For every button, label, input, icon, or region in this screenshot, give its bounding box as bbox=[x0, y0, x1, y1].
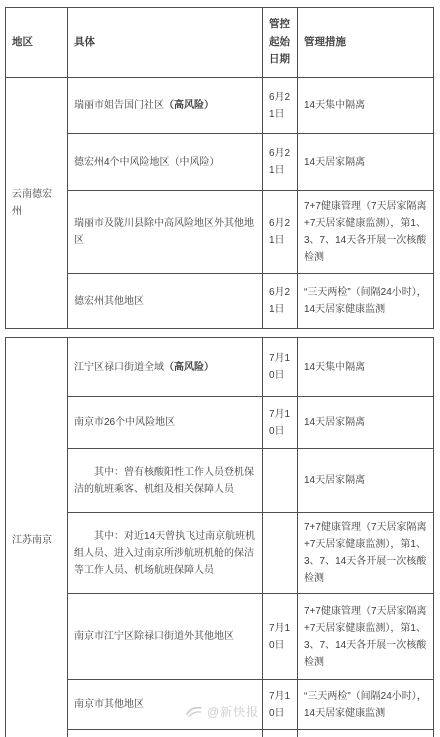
measure-cell: 14天居家隔离 bbox=[298, 134, 434, 191]
table-row: 南京市26个中风险地区 7月10日 14天居家隔离 bbox=[6, 397, 434, 449]
specific-text: 南京市其他地区 bbox=[74, 699, 144, 710]
specific-cell: 南京市其他地区 bbox=[68, 680, 263, 730]
specific-cell: 德宏州4个中风险地区（中风险） bbox=[68, 134, 263, 191]
date-cell: 6月21日 bbox=[263, 78, 298, 134]
specific-cell: 瑞丽市姐告国门社区（高风险） bbox=[68, 78, 263, 134]
header-start-date: 管控起始日期 bbox=[263, 8, 298, 78]
specific-cell: 其中：对近14天曾执飞过南京航班机组人员、进入过南京所涉航班机舱的保洁等工作人员… bbox=[68, 513, 263, 594]
region-cell: 云南德宏州 bbox=[6, 78, 68, 329]
specific-text: 南京市江宁区除禄口街道外其他地区 bbox=[74, 631, 234, 642]
table-row: 其中：曾有核酸阳性工作人员登机保洁的航班乘客、机组及相关保障人员 14天居家隔离 bbox=[6, 449, 434, 513]
control-table-yunnan-dehong: 地区 具体 管控起始日期 管理措施 云南德宏州 瑞丽市姐告国门社区（高风险） 6… bbox=[5, 7, 434, 329]
table-row: 云南德宏州 瑞丽市姐告国门社区（高风险） 6月21日 14天集中隔离 bbox=[6, 78, 434, 134]
risk-level-bold: （高风险） bbox=[164, 362, 214, 373]
specific-text: 其中：对近14天曾执飞过南京航班机组人员、进入过南京所涉航班机舱的保洁等工作人员… bbox=[74, 531, 255, 576]
table-row-cutoff bbox=[6, 730, 434, 737]
date-cell-empty bbox=[263, 730, 298, 737]
control-table-jiangsu-nanjing: 江苏南京 江宁区禄口街道全域（高风险） 7月10日 14天集中隔离 南京市26个… bbox=[5, 337, 434, 737]
date-cell: 7月10日 bbox=[263, 594, 298, 680]
specific-cell: 瑞丽市及陇川县除中高风险地区外其他地区 bbox=[68, 191, 263, 274]
specific-cell: 其中：曾有核酸阳性工作人员登机保洁的航班乘客、机组及相关保障人员 bbox=[68, 449, 263, 513]
table-row: 其中：对近14天曾执飞过南京航班机组人员、进入过南京所涉航班机舱的保洁等工作人员… bbox=[6, 513, 434, 594]
table-row: 南京市其他地区 7月10日 “三天两检”（间隔24小时），14天居家健康监测 bbox=[6, 680, 434, 730]
date-cell bbox=[263, 513, 298, 594]
table-header-row: 地区 具体 管控起始日期 管理措施 bbox=[6, 8, 434, 78]
specific-cell: 南京市26个中风险地区 bbox=[68, 397, 263, 449]
measure-cell: 7+7健康管理（7天居家隔离+7天居家健康监测），第1、3、7、14天各开展一次… bbox=[298, 594, 434, 680]
table-row: 瑞丽市及陇川县除中高风险地区外其他地区 6月21日 7+7健康管理（7天居家隔离… bbox=[6, 191, 434, 274]
date-cell: 7月10日 bbox=[263, 338, 298, 397]
header-specific: 具体 bbox=[68, 8, 263, 78]
date-cell: 7月10日 bbox=[263, 680, 298, 730]
measure-cell: 14天居家隔离 bbox=[298, 397, 434, 449]
specific-text: 德宏州4个中风险地区（中风险） bbox=[74, 157, 220, 168]
risk-level-bold: （高风险） bbox=[164, 100, 214, 111]
specific-text: 德宏州其他地区 bbox=[74, 296, 144, 307]
measure-cell: “三天两检”（间隔24小时），14天居家健康监测 bbox=[298, 274, 434, 329]
specific-text: 南京市26个中风险地区 bbox=[74, 417, 175, 428]
date-cell bbox=[263, 449, 298, 513]
date-cell: 6月21日 bbox=[263, 134, 298, 191]
measure-cell: 7+7健康管理（7天居家隔离+7天居家健康监测），第1、3、7、14天各开展一次… bbox=[298, 513, 434, 594]
specific-cell-empty bbox=[68, 730, 263, 737]
specific-text: 江宁区禄口街道全域 bbox=[74, 362, 164, 373]
date-cell: 6月21日 bbox=[263, 191, 298, 274]
specific-text: 瑞丽市姐告国门社区 bbox=[74, 100, 164, 111]
specific-text: 瑞丽市及陇川县除中高风险地区外其他地区 bbox=[74, 218, 254, 246]
table-row: 江苏南京 江宁区禄口街道全域（高风险） 7月10日 14天集中隔离 bbox=[6, 338, 434, 397]
measure-cell: 14天居家隔离 bbox=[298, 449, 434, 513]
specific-cell: 江宁区禄口街道全域（高风险） bbox=[68, 338, 263, 397]
table-row: 德宏州其他地区 6月21日 “三天两检”（间隔24小时），14天居家健康监测 bbox=[6, 274, 434, 329]
table-row: 南京市江宁区除禄口街道外其他地区 7月10日 7+7健康管理（7天居家隔离+7天… bbox=[6, 594, 434, 680]
measure-cell: 7+7健康管理（7天居家隔离+7天居家健康监测），第1、3、7、14天各开展一次… bbox=[298, 191, 434, 274]
date-cell: 6月21日 bbox=[263, 274, 298, 329]
measure-cell: 14天集中隔离 bbox=[298, 338, 434, 397]
region-cell: 江苏南京 bbox=[6, 338, 68, 737]
specific-text: 其中：曾有核酸阳性工作人员登机保洁的航班乘客、机组及相关保障人员 bbox=[74, 467, 254, 495]
measure-cell-empty bbox=[298, 730, 434, 737]
measure-cell: “三天两检”（间隔24小时），14天居家健康监测 bbox=[298, 680, 434, 730]
table-row: 德宏州4个中风险地区（中风险） 6月21日 14天居家隔离 bbox=[6, 134, 434, 191]
specific-cell: 南京市江宁区除禄口街道外其他地区 bbox=[68, 594, 263, 680]
specific-cell: 德宏州其他地区 bbox=[68, 274, 263, 329]
measure-cell: 14天集中隔离 bbox=[298, 78, 434, 134]
date-cell: 7月10日 bbox=[263, 397, 298, 449]
header-measures: 管理措施 bbox=[298, 8, 434, 78]
header-region: 地区 bbox=[6, 8, 68, 78]
covid-control-measures-table-page: 地区 具体 管控起始日期 管理措施 云南德宏州 瑞丽市姐告国门社区（高风险） 6… bbox=[0, 0, 440, 737]
